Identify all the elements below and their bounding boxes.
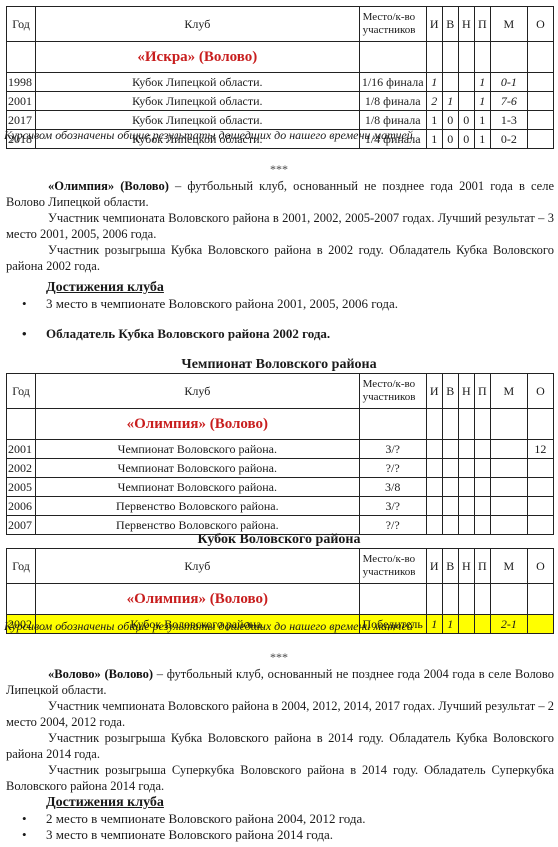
olimpia-achievements-title: Достижения клуба <box>46 280 164 296</box>
header-goals: М <box>490 374 527 409</box>
cell-tournament: Чемпионат Воловского района. <box>36 459 360 478</box>
cell-games: 1 <box>426 73 442 92</box>
cell-losses <box>474 459 490 478</box>
header-wins: В <box>442 7 458 42</box>
cell-draws <box>458 92 474 111</box>
cell-tournament: Чемпионат Воловского района. <box>36 478 360 497</box>
header-points: О <box>527 549 553 584</box>
header-points: О <box>527 7 553 42</box>
bullet-icon: • <box>22 811 46 827</box>
cell-goals: 7-6 <box>490 92 527 111</box>
olimpia-achievement-2: •Обладатель Кубка Воловского района 2002… <box>22 326 330 342</box>
header-losses: П <box>474 7 490 42</box>
cell-draws <box>458 478 474 497</box>
cell-losses: 1 <box>474 92 490 111</box>
header-club: Клуб <box>36 374 360 409</box>
volovo-supercup-paragraph: Участник розыгрыша Суперкубка Воловского… <box>6 762 554 794</box>
cell-place: 1/8 финала <box>359 92 426 111</box>
club-name-row: «Олимпия» (Волово) <box>7 409 554 440</box>
italic-note: Курсивом обозначены общие результаты дош… <box>4 619 413 634</box>
olimpia-name: «Олимпия» (Волово) <box>48 179 169 193</box>
cell-place: 3/8 <box>359 478 426 497</box>
volovo-achievement-2: •3 место в чемпионате Воловского района … <box>22 827 333 843</box>
cell-tournament: Кубок Липецкой области. <box>36 73 360 92</box>
cell-year: 2005 <box>7 478 36 497</box>
cell-place: ?/? <box>359 459 426 478</box>
header-place: Место/к-во участников <box>359 7 426 42</box>
cell-year: 2017 <box>7 111 36 130</box>
club-name: «Искра» (Волово) <box>36 42 360 73</box>
cup-section-title: Кубок Воловского района <box>0 532 558 548</box>
cell-goals <box>490 459 527 478</box>
cell-goals: 0-2 <box>490 130 527 149</box>
cell-points <box>527 92 553 111</box>
olimpia-intro: «Олимпия» (Волово) – футбольный клуб, ос… <box>6 178 554 210</box>
header-points: О <box>527 374 553 409</box>
header-club: Клуб <box>36 549 360 584</box>
cell-place: 3/? <box>359 440 426 459</box>
table-row: 2005Чемпионат Воловского района.3/8 <box>7 478 554 497</box>
cell-goals: 0-1 <box>490 73 527 92</box>
club-name-row: «Олимпия» (Волово) <box>7 584 554 615</box>
section-separator: *** <box>0 650 558 665</box>
cell-points <box>527 615 553 634</box>
cell-games <box>426 440 442 459</box>
cell-games <box>426 459 442 478</box>
cell-points: 12 <box>527 440 553 459</box>
header-place: Место/к-во участников <box>359 549 426 584</box>
cell-wins <box>442 459 458 478</box>
volovo-intro: «Волово» (Волово) – футбольный клуб, осн… <box>6 666 554 698</box>
olimpia-championship-table: Год Клуб Место/к-во участников И В Н П М… <box>6 373 554 535</box>
header-wins: В <box>442 549 458 584</box>
olimpia-championship-paragraph: Участник чемпионата Воловского района в … <box>6 210 554 242</box>
section-separator: *** <box>0 162 558 177</box>
cell-draws <box>458 73 474 92</box>
header-losses: П <box>474 374 490 409</box>
table-row: 2001Кубок Липецкой области.1/8 финала211… <box>7 92 554 111</box>
cell-games: 1 <box>426 615 442 634</box>
cell-goals <box>490 478 527 497</box>
cell-draws: 0 <box>458 111 474 130</box>
cell-draws <box>458 497 474 516</box>
header-games: И <box>426 374 442 409</box>
cell-wins <box>442 73 458 92</box>
cell-draws <box>458 615 474 634</box>
volovo-cup-paragraph: Участник розыгрыша Кубка Воловского райо… <box>6 730 554 762</box>
cell-losses <box>474 615 490 634</box>
bullet-icon: • <box>22 326 46 342</box>
championship-section-title: Чемпионат Воловского района <box>0 357 558 373</box>
header-games: И <box>426 549 442 584</box>
cell-tournament: Чемпионат Воловского района. <box>36 440 360 459</box>
cell-place: 1/16 финала <box>359 73 426 92</box>
cell-draws: 0 <box>458 130 474 149</box>
cell-points <box>527 478 553 497</box>
cell-wins: 0 <box>442 130 458 149</box>
header-wins: В <box>442 374 458 409</box>
cell-games: 2 <box>426 92 442 111</box>
cell-year: 2001 <box>7 92 36 111</box>
table-row: 2001Чемпионат Воловского района.3/?12 <box>7 440 554 459</box>
cell-wins <box>442 440 458 459</box>
cell-year: 2002 <box>7 459 36 478</box>
cell-goals <box>490 440 527 459</box>
club-name: «Олимпия» (Волово) <box>36 409 360 440</box>
header-losses: П <box>474 549 490 584</box>
table-row: 2017Кубок Липецкой области.1/8 финала100… <box>7 111 554 130</box>
cell-points <box>527 459 553 478</box>
cell-games <box>426 497 442 516</box>
header-games: И <box>426 7 442 42</box>
cell-losses: 1 <box>474 73 490 92</box>
header-place: Место/к-во участников <box>359 374 426 409</box>
italic-note: Курсивом обозначены общие результаты дош… <box>4 128 413 143</box>
header-year: Год <box>7 7 36 42</box>
cell-wins: 0 <box>442 111 458 130</box>
table-header-row: Год Клуб Место/к-во участников И В Н П М… <box>7 374 554 409</box>
header-goals: М <box>490 7 527 42</box>
header-year: Год <box>7 549 36 584</box>
cell-wins <box>442 497 458 516</box>
table-header-row: Год Клуб Место/к-во участников И В Н П М… <box>7 549 554 584</box>
header-goals: М <box>490 549 527 584</box>
bullet-icon: • <box>22 296 46 312</box>
table-header-row: Год Клуб Место/к-во участников И В Н П М… <box>7 7 554 42</box>
header-draws: Н <box>458 549 474 584</box>
cell-wins <box>442 478 458 497</box>
cell-losses <box>474 440 490 459</box>
cell-wins: 1 <box>442 615 458 634</box>
cell-points <box>527 73 553 92</box>
bullet-icon: • <box>22 827 46 843</box>
cell-place: 1/8 финала <box>359 111 426 130</box>
cell-games: 1 <box>426 111 442 130</box>
cell-tournament: Кубок Липецкой области. <box>36 92 360 111</box>
cell-year: 2006 <box>7 497 36 516</box>
cell-goals <box>490 497 527 516</box>
volovo-achievements-title: Достижения клуба <box>46 795 164 811</box>
table-row: 2006Первенство Воловского района.3/? <box>7 497 554 516</box>
cell-losses <box>474 478 490 497</box>
cell-goals: 1-3 <box>490 111 527 130</box>
cell-losses <box>474 497 490 516</box>
cell-tournament: Кубок Липецкой области. <box>36 111 360 130</box>
header-draws: Н <box>458 374 474 409</box>
cell-draws <box>458 440 474 459</box>
cell-wins: 1 <box>442 92 458 111</box>
cell-losses: 1 <box>474 111 490 130</box>
cell-place: 3/? <box>359 497 426 516</box>
cell-games <box>426 478 442 497</box>
cell-losses: 1 <box>474 130 490 149</box>
header-club: Клуб <box>36 7 360 42</box>
cell-points <box>527 130 553 149</box>
cell-tournament: Первенство Воловского района. <box>36 497 360 516</box>
table-row: 1998Кубок Липецкой области.1/16 финала11… <box>7 73 554 92</box>
olimpia-cup-paragraph: Участник розыгрыша Кубка Воловского райо… <box>6 242 554 274</box>
club-name: «Олимпия» (Волово) <box>36 584 360 615</box>
cell-year: 1998 <box>7 73 36 92</box>
header-draws: Н <box>458 7 474 42</box>
cell-points <box>527 111 553 130</box>
table-row: 2002Чемпионат Воловского района.?/? <box>7 459 554 478</box>
cell-draws <box>458 459 474 478</box>
header-year: Год <box>7 374 36 409</box>
cell-games: 1 <box>426 130 442 149</box>
cell-points <box>527 497 553 516</box>
cell-year: 2001 <box>7 440 36 459</box>
olimpia-achievement-1: •3 место в чемпионате Воловского района … <box>22 296 398 312</box>
volovo-name: «Волово» (Волово) <box>48 667 153 681</box>
volovo-championship-paragraph: Участник чемпионата Воловского района в … <box>6 698 554 730</box>
cell-goals: 2-1 <box>490 615 527 634</box>
volovo-achievement-1: •2 место в чемпионате Воловского района … <box>22 811 365 827</box>
club-name-row: «Искра» (Волово) <box>7 42 554 73</box>
